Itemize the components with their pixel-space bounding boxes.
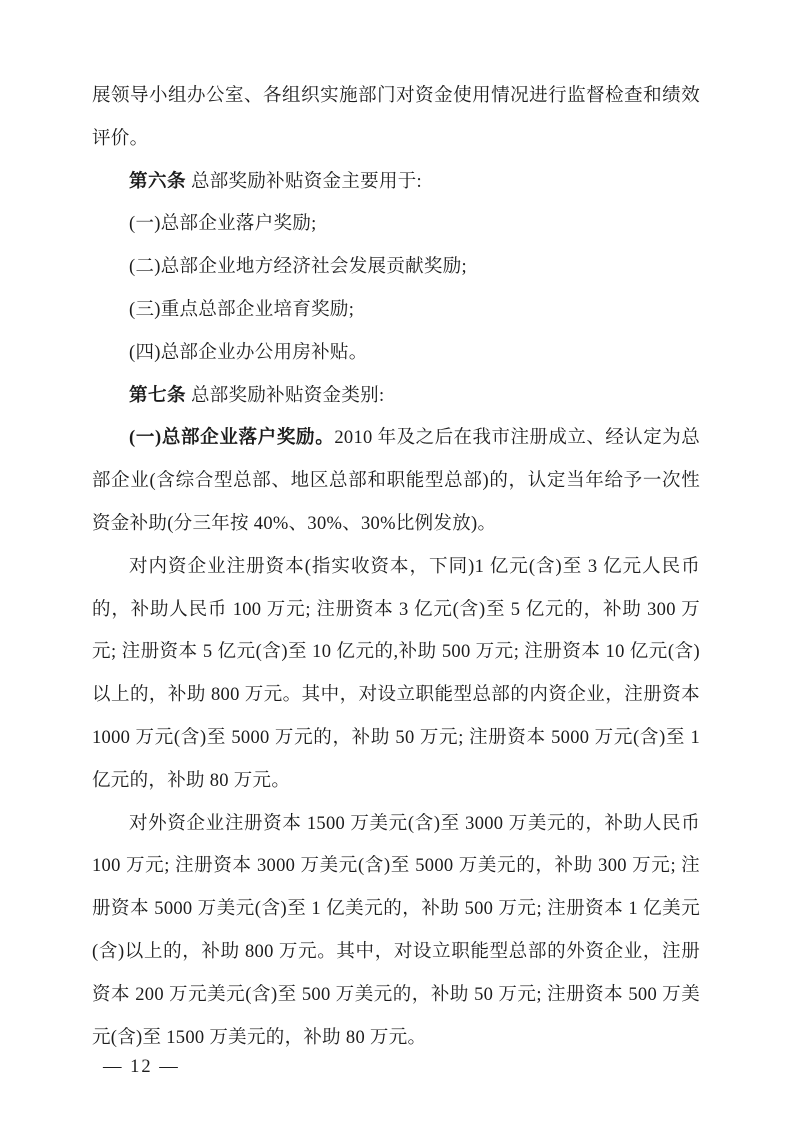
article-7: 第七条 总部奖励补贴资金类别: xyxy=(92,375,700,418)
settlement-reward-lead: (一)总部企业落户奖励。 xyxy=(129,428,334,448)
funding-use-item-3: (三)重点总部企业培育奖励; xyxy=(92,289,700,332)
page-number: — 12 — xyxy=(103,1057,180,1078)
article-7-text: 总部奖励补贴资金类别: xyxy=(186,386,384,406)
article-7-heading: 第七条 xyxy=(129,386,186,406)
article-6-text: 总部奖励补贴资金主要用于: xyxy=(186,172,422,192)
domestic-enterprise-subsidy: 对内资企业注册资本(指实收资本，下同)1 亿元(含)至 3 亿元人民币的，补助人… xyxy=(92,546,700,803)
funding-use-item-4: (四)总部企业办公用房补贴。 xyxy=(92,332,700,375)
settlement-reward-item: (一)总部企业落户奖励。2010 年及之后在我市注册成立、经认定为总部企业(含综… xyxy=(92,417,700,545)
article-6: 第六条 总部奖励补贴资金主要用于: xyxy=(92,161,700,204)
funding-use-item-2: (二)总部企业地方经济社会发展贡献奖励; xyxy=(92,246,700,289)
document-body: 展领导小组办公室、各组织实施部门对资金使用情况进行监督检查和绩效评价。 第六条 … xyxy=(92,0,700,1059)
body-text-continuation: 展领导小组办公室、各组织实施部门对资金使用情况进行监督检查和绩效评价。 xyxy=(92,75,700,161)
funding-use-item-1: (一)总部企业落户奖励; xyxy=(92,203,700,246)
document-page: 展领导小组办公室、各组织实施部门对资金使用情况进行监督检查和绩效评价。 第六条 … xyxy=(0,0,794,1123)
foreign-enterprise-subsidy: 对外资企业注册资本 1500 万美元(含)至 3000 万美元的，补助人民币 1… xyxy=(92,803,700,1060)
article-6-heading: 第六条 xyxy=(129,172,186,192)
